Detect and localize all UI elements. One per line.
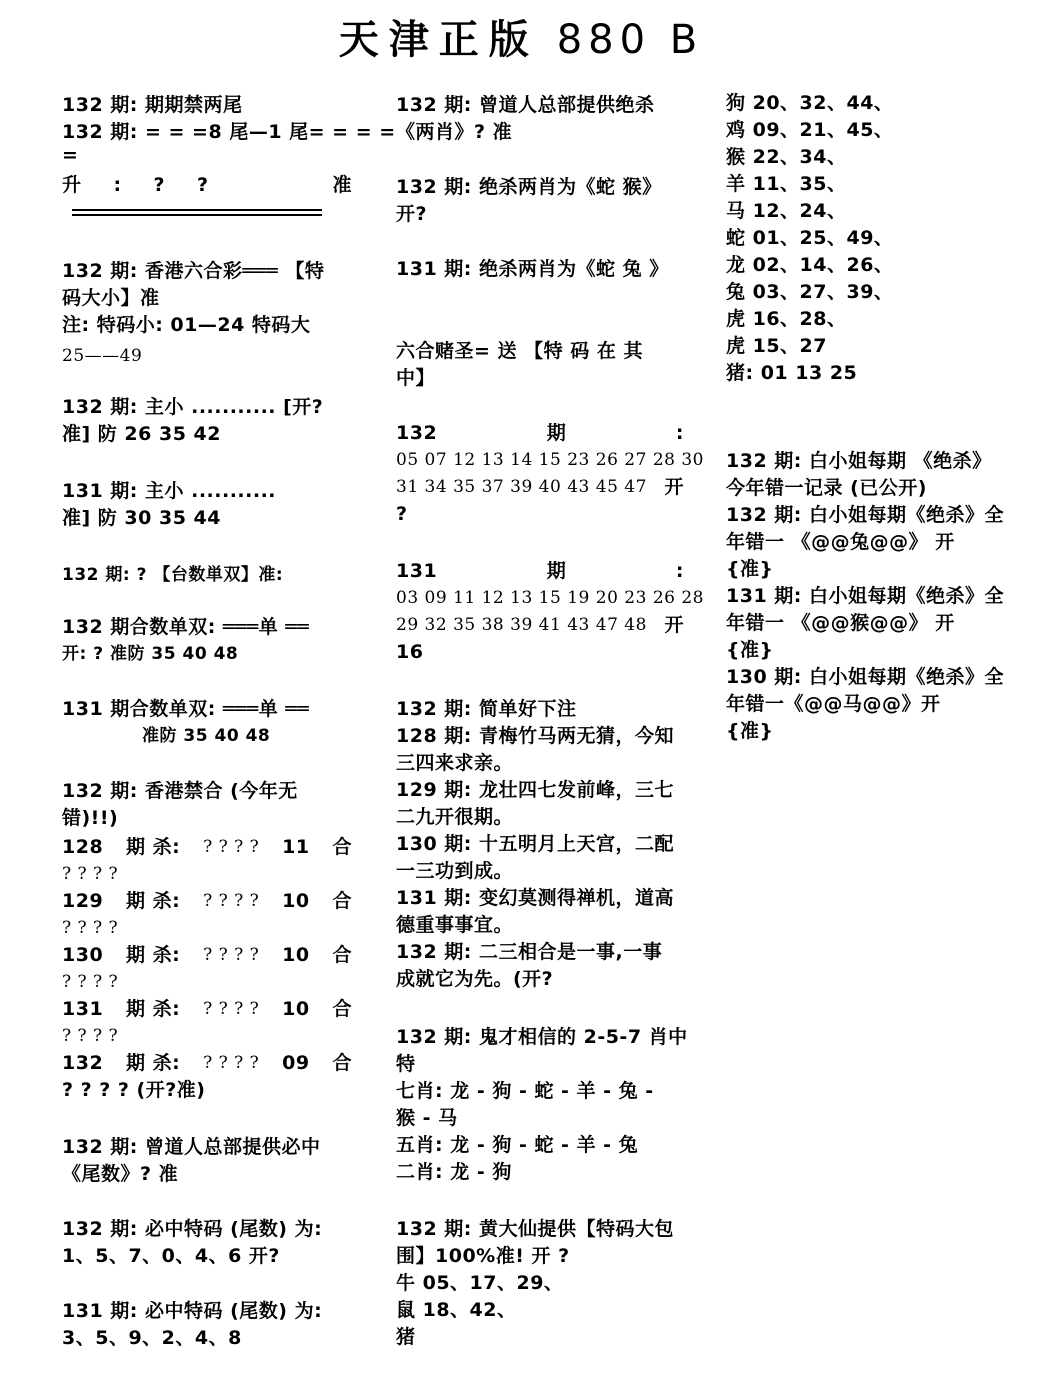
text-line: 特 <box>396 1051 684 1078</box>
open-line: 升 : ? ? 准 <box>62 172 352 199</box>
number-row: 03 09 11 12 13 15 19 20 23 26 28 <box>396 585 684 612</box>
hk-ban-block: 132 期: 香港禁合 (今年无 错)!!) <box>62 778 352 832</box>
text-line: 《两肖》? 准 <box>396 119 684 146</box>
num: 11 <box>282 834 309 861</box>
numbers-131: 131期: 03 09 11 12 13 15 19 20 23 26 28 2… <box>396 558 684 666</box>
bai-block: 132 期: 白小姐每期 《绝杀》 今年错一记录 (已公开) 132 期: 白小… <box>726 448 1016 745</box>
text-line: 132 期: 曾道人总部提供必中 <box>62 1134 352 1161</box>
text-line: 牛 05、17、29、 <box>396 1270 684 1297</box>
text-line: 中】 <box>396 365 684 392</box>
text-line: 130 期: 白小姐每期《绝杀》全 <box>726 664 1016 691</box>
text-line: 准] 防 26 35 42 <box>62 421 352 448</box>
result: ? <box>396 501 684 528</box>
issue: 130 <box>62 942 103 969</box>
issue: 129 <box>62 888 103 915</box>
issue: 132 <box>62 1050 103 1077</box>
text-line: 3、5、9、2、4、8 <box>62 1325 352 1352</box>
q: ? ? ? ? <box>203 996 259 1023</box>
text-line: 年错一 《@@兔@@》 开 <box>726 529 1016 556</box>
text-line: 注: 特码小: 01—24 特码大 <box>62 312 352 339</box>
tail: ? ? ? ? <box>62 861 352 888</box>
huang-block: 132 期: 黄大仙提供【特码大包 围】100%准! 开 ? 牛 05、17、2… <box>396 1216 684 1351</box>
zeng-two-zodiac: 132 期: 曾道人总部提供绝杀 《两肖》? 准 <box>396 92 684 146</box>
must-tail-132: 132 期: 必中特码 (尾数) 为: 1、5、7、0、4、6 开? <box>62 1216 352 1270</box>
text-line: 131 期: 必中特码 (尾数) 为: <box>62 1298 352 1325</box>
text-line: 六合赌圣= 送 【特 码 在 其 <box>396 338 684 365</box>
saint-block: 六合赌圣= 送 【特 码 在 其 中】 <box>396 338 684 392</box>
title-code: 880 B <box>557 17 704 63</box>
issue: 128 <box>62 834 103 861</box>
text-line: {准} <box>726 718 1016 745</box>
num: 10 <box>282 942 309 969</box>
must-tail-131: 131 期: 必中特码 (尾数) 为: 3、5、9、2、4、8 <box>62 1298 352 1352</box>
zodiac-row: 羊 11、35、 <box>726 171 1016 198</box>
poem-block: 132 期: 简单好下注 128 期: 青梅竹马两无猜，今知 三四来求亲。 12… <box>396 696 684 993</box>
colon: : <box>676 558 684 585</box>
number-row: 05 07 12 13 14 15 23 26 27 28 30 <box>396 447 684 474</box>
tail-block: 132 期: 期期禁两尾 132 期: = = =8 尾—1 尾= = = = … <box>62 92 352 216</box>
kill-row: 132期 杀:? ? ? ?09合 ? ? ? ? (开?准) <box>62 1050 352 1104</box>
zodiac-row: 猴 22、34、 <box>726 144 1016 171</box>
text-line: 错)!!) <box>62 805 352 832</box>
kill-row: 129期 杀:? ? ? ?10合 ? ? ? ? <box>62 888 352 942</box>
text-line: 《尾数》? 准 <box>62 1161 352 1188</box>
text-line: 今年错一记录 (已公开) <box>726 475 1016 502</box>
ghost-block: 132 期: 鬼才相信的 2-5-7 肖中 特 七肖: 龙 - 狗 - 蛇 - … <box>396 1024 684 1186</box>
text-line: 132 期: 绝杀两肖为《蛇 猴》 <box>396 174 684 201</box>
text-line: 131 期: 白小姐每期《绝杀》全 <box>726 583 1016 610</box>
zodiac-row: 兔 03、27、39、 <box>726 279 1016 306</box>
text: : <box>113 172 121 199</box>
kill-row: 128期 杀:? ? ? ?11合 ? ? ? ? <box>62 834 352 888</box>
text-line: 132 期: 白小姐每期《绝杀》全 <box>726 502 1016 529</box>
text-line: 128 期: 青梅竹马两无猜，今知 <box>396 723 684 750</box>
text-line: 猴 - 马 <box>396 1105 684 1132</box>
text-line: 开: ? 准防 35 40 48 <box>62 641 352 668</box>
zeng-tail-block: 132 期: 曾道人总部提供必中 《尾数》? 准 <box>62 1134 352 1188</box>
label: 期 杀: <box>126 942 180 969</box>
text: 升 <box>62 172 82 199</box>
text-line: 准] 防 30 35 44 <box>62 505 352 532</box>
label: 期 杀: <box>126 996 180 1023</box>
text-line: {准} <box>726 637 1016 664</box>
he: 合 <box>332 996 352 1023</box>
issue: 131 <box>62 996 103 1023</box>
open: 开 <box>664 474 684 501</box>
result: 16 <box>396 639 684 666</box>
odd-even-title: 132 期: ? 【台数単双】准: <box>62 562 352 589</box>
text-line: 一三功到成。 <box>396 858 684 885</box>
zodiac-row: 虎 15、27 <box>726 333 1016 360</box>
issue: 132 <box>396 420 437 447</box>
text-line: 1、5、7、0、4、6 开? <box>62 1243 352 1270</box>
text-line: 五肖: 龙 - 狗 - 蛇 - 羊 - 兔 <box>396 1132 684 1159</box>
text-line: 132 期: 必中特码 (尾数) 为: <box>62 1216 352 1243</box>
zodiac-list: 狗 20、32、44、 鸡 09、21、45、 猴 22、34、 羊 11、35… <box>726 90 1016 387</box>
text-line: = <box>62 146 352 164</box>
number-row: 31 34 35 37 39 40 43 45 47 <box>396 474 647 501</box>
num: 10 <box>282 996 309 1023</box>
he: 合 <box>332 942 352 969</box>
text-line: 二肖: 龙 - 狗 <box>396 1159 684 1186</box>
colon: : <box>676 420 684 447</box>
open: 开 <box>664 612 684 639</box>
zodiac-row: 虎 16、28、 <box>726 306 1016 333</box>
text-line: 132 期: ? 【台数単双】准: <box>62 562 352 589</box>
he: 合 <box>332 888 352 915</box>
he: 合 <box>332 1050 352 1077</box>
zodiac-row: 狗 20、32、44、 <box>726 90 1016 117</box>
size-block: 132 期: 香港六合彩═══ 【特 码大小】准 注: 特码小: 01—24 特… <box>62 258 352 370</box>
tail: ? ? ? ? (开?准) <box>62 1077 352 1104</box>
numbers-132: 132期: 05 07 12 13 14 15 23 26 27 28 30 3… <box>396 420 684 528</box>
text: ? <box>197 172 209 199</box>
text-line: 25——49 <box>62 343 352 370</box>
tail: ? ? ? ? <box>62 915 352 942</box>
text-line: 131 期合数单双: ═══单 ══ <box>62 696 352 723</box>
text-line: 132 期: 香港禁合 (今年无 <box>62 778 352 805</box>
text-line: 开? <box>396 201 684 228</box>
label: 期 杀: <box>126 888 180 915</box>
label: 期 杀: <box>126 834 180 861</box>
odd-even-131: 131 期合数单双: ═══单 ══ 准防 35 40 48 <box>62 696 352 750</box>
text-line: 年错一《@@马@@》开 <box>726 691 1016 718</box>
kill-row: 130期 杀:? ? ? ?10合 ? ? ? ? <box>62 942 352 996</box>
page-title: 天津正版880 B <box>0 12 1042 68</box>
text-line: 围】100%准! 开 ? <box>396 1243 684 1270</box>
text-line: {准} <box>726 556 1016 583</box>
issue: 131 <box>396 558 437 585</box>
main-small-131: 131 期: 主小 ........... 准] 防 30 35 44 <box>62 478 352 532</box>
text-line: 码大小】准 <box>62 285 352 312</box>
kill-two-131: 131 期: 绝杀两肖为《蛇 兔 》 <box>396 256 684 283</box>
text-line: 三四来求亲。 <box>396 750 684 777</box>
label: 期 <box>547 420 567 447</box>
label: 期 杀: <box>126 1050 180 1077</box>
num: 09 <box>282 1050 309 1077</box>
text-line: 二九开很期。 <box>396 804 684 831</box>
text-line: 七肖: 龙 - 狗 - 蛇 - 羊 - 兔 - <box>396 1078 684 1105</box>
text-line: 132 期: 鬼才相信的 2-5-7 肖中 <box>396 1024 684 1051</box>
zodiac-row: 蛇 01、25、49、 <box>726 225 1016 252</box>
text-line: 鼠 18、42、 <box>396 1297 684 1324</box>
num: 10 <box>282 888 309 915</box>
label: 期 <box>547 558 567 585</box>
q: ? ? ? ? <box>203 942 259 969</box>
text-line: 132 期: 二三相合是一事,一事 <box>396 939 684 966</box>
zodiac-row: 马 12、24、 <box>726 198 1016 225</box>
text-line: 猪 <box>396 1324 684 1351</box>
odd-even-132: 132 期合数单双: ═══单 ══ 开: ? 准防 35 40 48 <box>62 614 352 668</box>
q: ? ? ? ? <box>203 888 259 915</box>
text-line: 成就它为先。(开? <box>396 966 684 993</box>
text-line: 准防 35 40 48 <box>62 723 352 750</box>
kill-list: 128期 杀:? ? ? ?11合 ? ? ? ? 129期 杀:? ? ? ?… <box>62 834 352 1104</box>
text-line: 131 期: 绝杀两肖为《蛇 兔 》 <box>396 256 684 283</box>
tail: ? ? ? ? <box>62 969 352 996</box>
text-line: 131 期: 主小 ........... <box>62 478 352 505</box>
text-line: 年错一 《@@猴@@》 开 <box>726 610 1016 637</box>
text-line: 132 期: 白小姐每期 《绝杀》 <box>726 448 1016 475</box>
zodiac-row: 猪: 01 13 25 <box>726 360 1016 387</box>
text: ? <box>154 172 166 199</box>
kill-row: 131期 杀:? ? ? ?10合 ? ? ? ? <box>62 996 352 1050</box>
text-line: 132 期: 黄大仙提供【特码大包 <box>396 1216 684 1243</box>
text-line: 132 期: 主小 ........... [开? <box>62 394 352 421</box>
title-text: 天津正版 <box>339 16 539 63</box>
main-small-132: 132 期: 主小 ........... [开? 准] 防 26 35 42 <box>62 394 352 448</box>
text-line: 132 期合数单双: ═══单 ══ <box>62 614 352 641</box>
text-line: 132 期: 香港六合彩═══ 【特 <box>62 258 352 285</box>
tail: ? ? ? ? <box>62 1023 352 1050</box>
q: ? ? ? ? <box>203 834 259 861</box>
text-line: 132 期: = = =8 尾—1 尾= = = = <box>62 119 352 146</box>
q: ? ? ? ? <box>203 1050 259 1077</box>
zodiac-row: 龙 02、14、26、 <box>726 252 1016 279</box>
text-line: 132 期: 简单好下注 <box>396 696 684 723</box>
kill-two-132: 132 期: 绝杀两肖为《蛇 猴》 开? <box>396 174 684 228</box>
text-line: 132 期: 曾道人总部提供绝杀 <box>396 92 684 119</box>
text-line: 129 期: 龙壮四七发前峰，三七 <box>396 777 684 804</box>
text-line: 德重事事宜。 <box>396 912 684 939</box>
text-line: 131 期: 变幻莫测得禅机，道高 <box>396 885 684 912</box>
he: 合 <box>332 834 352 861</box>
double-divider <box>72 209 322 216</box>
text-line: 132 期: 期期禁两尾 <box>62 92 352 119</box>
zodiac-row: 鸡 09、21、45、 <box>726 117 1016 144</box>
text-line: 130 期: 十五明月上天宫，二配 <box>396 831 684 858</box>
number-row: 29 32 35 38 39 41 43 47 48 <box>396 612 647 639</box>
text: 准 <box>332 172 352 199</box>
